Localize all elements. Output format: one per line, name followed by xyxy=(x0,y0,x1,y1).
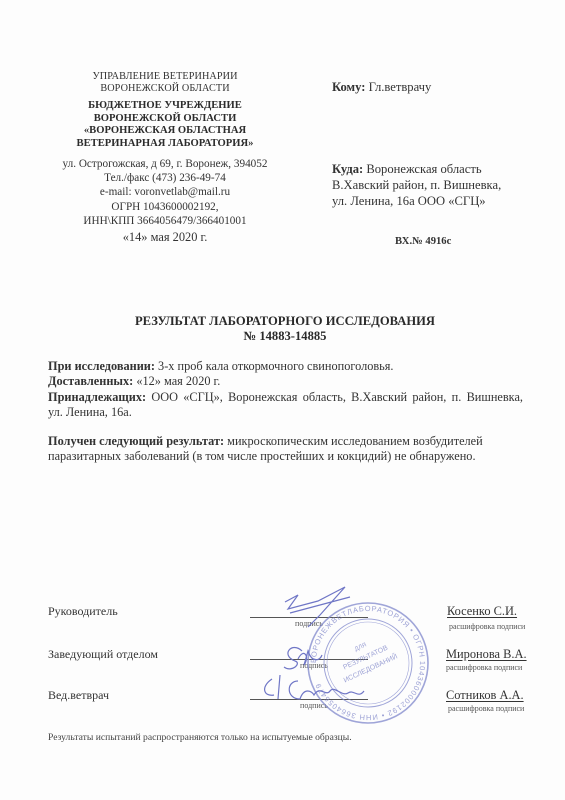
field-label: При исследовании: xyxy=(48,359,155,373)
field-study: При исследовании: 3-х проб кала откормоч… xyxy=(48,359,523,374)
result-label: Получен следующий результат: xyxy=(48,434,224,448)
signature-caption-vet: подпись xyxy=(255,701,373,710)
signer-name-head: Косенко С.И. xyxy=(447,604,517,619)
signature-role-dept: Заведующий отделом xyxy=(48,647,158,662)
signature-caption-head: подпись xyxy=(250,619,368,628)
org-line-3: «ВОРОНЕЖСКАЯ ОБЛАСТНАЯ xyxy=(40,125,290,138)
signature-line-vet xyxy=(250,699,368,700)
document-date: «14» мая 2020 г. xyxy=(40,230,290,245)
signer-name-vet: Сотников А.А. xyxy=(446,688,524,703)
signature-role-vet: Вед.ветврач xyxy=(48,688,109,703)
incoming-number: ВХ.№ 4916с xyxy=(395,236,451,247)
dept-line-1: УПРАВЛЕНИЕ ВЕТЕРИНАРИИ xyxy=(40,71,290,83)
to-value: Гл.ветврачу xyxy=(365,80,431,94)
title-text: РЕЗУЛЬТАТ ЛАБОРАТОРНОГО ИССЛЕДОВАНИЯ xyxy=(60,314,510,329)
recipient-where: Куда: Воронежская область В.Хавский райо… xyxy=(332,161,557,209)
svg-text:ДЛЯ: ДЛЯ xyxy=(354,642,368,653)
field-delivered: Доставленных: «12» мая 2020 г. xyxy=(48,374,523,389)
field-value: «12» мая 2020 г. xyxy=(133,374,220,388)
where-value-3: ул. Ленина, 16а ООО «СГЦ» xyxy=(332,193,557,209)
recipient-to: Кому: Гл.ветврачу xyxy=(332,79,552,95)
signature-role-head: Руководитель xyxy=(48,604,118,619)
sender-contacts: ул. Острогожская, д 69, г. Воронеж, 3940… xyxy=(40,157,290,228)
dept-line-2: ВОРОНЕЖСКОЙ ОБЛАСТИ xyxy=(40,83,290,95)
field-value: 3-х проб кала откормочного свинопоголовь… xyxy=(155,359,394,373)
field-owner: Принадлежащих: ООО «СГЦ», Воронежская об… xyxy=(48,390,523,421)
document-number: № 14883-14885 xyxy=(60,329,510,344)
sender-email: e-mail: voronvetlab@mail.ru xyxy=(40,185,290,199)
field-label: Принадлежащих: xyxy=(48,390,146,404)
result-paragraph: Получен следующий результат: микроскопич… xyxy=(48,434,523,465)
signer-decode-vet: расшифровка подписи xyxy=(448,704,524,713)
document-title: РЕЗУЛЬТАТ ЛАБОРАТОРНОГО ИССЛЕДОВАНИЯ № 1… xyxy=(60,314,510,344)
sender-phone: Тел./факс (473) 236-49-74 xyxy=(40,171,290,185)
handwritten-signature-3 xyxy=(265,675,364,699)
org-line-2: ВОРОНЕЖСКОЙ ОБЛАСТИ xyxy=(40,113,290,126)
where-label: Куда: xyxy=(332,162,363,176)
signatures-and-stamp-graphic: ВОРОНЕЖВЕТЛАБОРАТОРИЯ • ОГРН 10436000021… xyxy=(240,575,450,735)
where-value-1: Воронежская область xyxy=(363,162,481,176)
sender-header: УПРАВЛЕНИЕ ВЕТЕРИНАРИИ ВОРОНЕЖСКОЙ ОБЛАС… xyxy=(40,71,290,150)
signer-decode-head: расшифровка подписи xyxy=(449,622,525,631)
sender-ogrn: ОГРН 1043600002192, xyxy=(40,200,290,214)
study-details: При исследовании: 3-х проб кала откормоч… xyxy=(48,359,523,421)
org-line-1: БЮДЖЕТНОЕ УЧРЕЖДЕНИЕ xyxy=(40,100,290,113)
signature-line-dept xyxy=(250,659,368,660)
where-value-2: В.Хавский район, п. Вишневка, xyxy=(332,177,557,193)
to-label: Кому: xyxy=(332,80,365,94)
signer-decode-dept: расшифровка подписи xyxy=(446,663,522,672)
sender-address: ул. Острогожская, д 69, г. Воронеж, 3940… xyxy=(40,157,290,171)
signature-line-head xyxy=(250,617,368,618)
footer-note: Результаты испытаний распространяются то… xyxy=(48,732,352,743)
signer-name-dept: Миронова В.А. xyxy=(446,647,527,662)
org-line-4: ВЕТЕРИНАРНАЯ ЛАБОРАТОРИЯ» xyxy=(40,138,290,151)
field-label: Доставленных: xyxy=(48,374,133,388)
signature-caption-dept: подпись xyxy=(255,661,373,670)
sender-inn-kpp: ИНН\КПП 3664056479/366401001 xyxy=(40,214,290,228)
